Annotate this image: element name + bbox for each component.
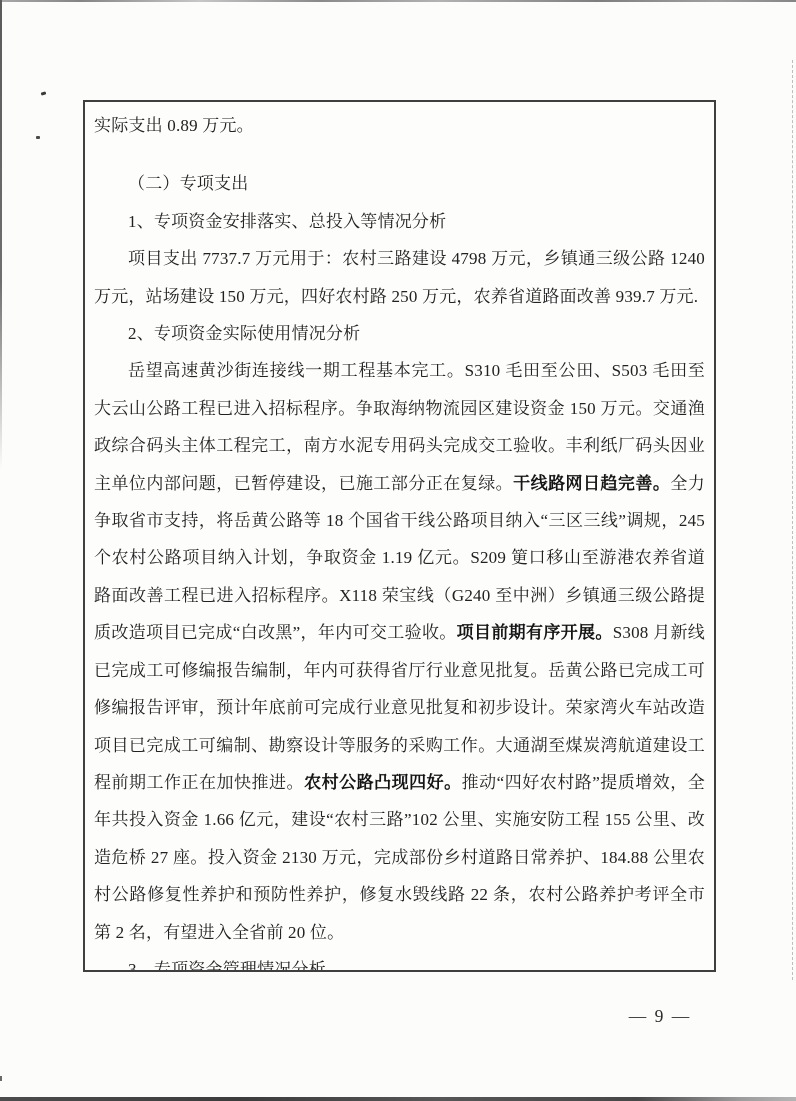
para-usage-detail: 岳望高速黄沙街连接线一期工程基本完工。S310 毛田至公田、S503 毛田至大云… [94, 352, 705, 951]
scan-speck [36, 136, 40, 139]
text-run: 推动“四好农村路”提质增效，全年共投入资金 1.66 亿元，建设“农村三路”10… [94, 773, 705, 942]
subheading-fund-usage: 2、专项资金实际使用情况分析 [94, 315, 705, 352]
text-run: 实际支出 0.89 万元。 [94, 116, 254, 135]
scan-speck [0, 1076, 2, 1081]
text-run: 3、专项资金管理情况分析 [128, 960, 326, 972]
para-project-expense-breakdown: 项目支出 7737.7 万元用于：农村三路建设 4798 万元，乡镇通三级公路 … [94, 240, 705, 315]
subheading-fund-arrangement: 1、专项资金安排落实、总投入等情况分析 [94, 203, 705, 240]
bold-text-run: 项目前期有序开展。 [457, 623, 613, 642]
section-heading-special-expense: （二）专项支出 [94, 165, 705, 202]
scan-artifact-left-edge [0, 0, 2, 470]
text-run: 项目支出 7737.7 万元用于：农村三路建设 4798 万元，乡镇通三级公路 … [94, 249, 705, 305]
subheading-fund-management: 3、专项资金管理情况分析 [94, 951, 705, 972]
scan-artifact-top-edge [0, 0, 796, 2]
scan-artifact-right-dashed-edge [792, 60, 793, 980]
page-number: — 9 — [612, 1006, 708, 1027]
text-run: （二）专项支出 [128, 174, 248, 193]
text-run: 2、专项资金实际使用情况分析 [128, 324, 360, 343]
document-body: 实际支出 0.89 万元。（二）专项支出1、专项资金安排落实、总投入等情况分析项… [94, 107, 705, 972]
scan-speck [41, 91, 47, 95]
bold-text-run: 农村公路凸现四好。 [304, 773, 462, 792]
para-carryover-expense: 实际支出 0.89 万元。 [94, 107, 705, 144]
text-run: 1、专项资金安排落实、总投入等情况分析 [128, 212, 446, 231]
text-run: S308 月新线已完成工可修编报告编制，年内可获得省厅行业意见批复。岳黄公路已完… [94, 623, 705, 792]
document-text-box: 实际支出 0.89 万元。（二）专项支出1、专项资金安排落实、总投入等情况分析项… [83, 100, 716, 972]
scan-artifact-bottom-edge [0, 1097, 796, 1101]
text-run: 全力争取省市支持，将岳黄公路等 18 个国省干线公路项目纳入“三区三线”调规，2… [94, 474, 705, 643]
bold-text-run: 干线路网日趋完善。 [513, 474, 670, 493]
scanned-document-page: 实际支出 0.89 万元。（二）专项支出1、专项资金安排落实、总投入等情况分析项… [0, 0, 796, 1101]
